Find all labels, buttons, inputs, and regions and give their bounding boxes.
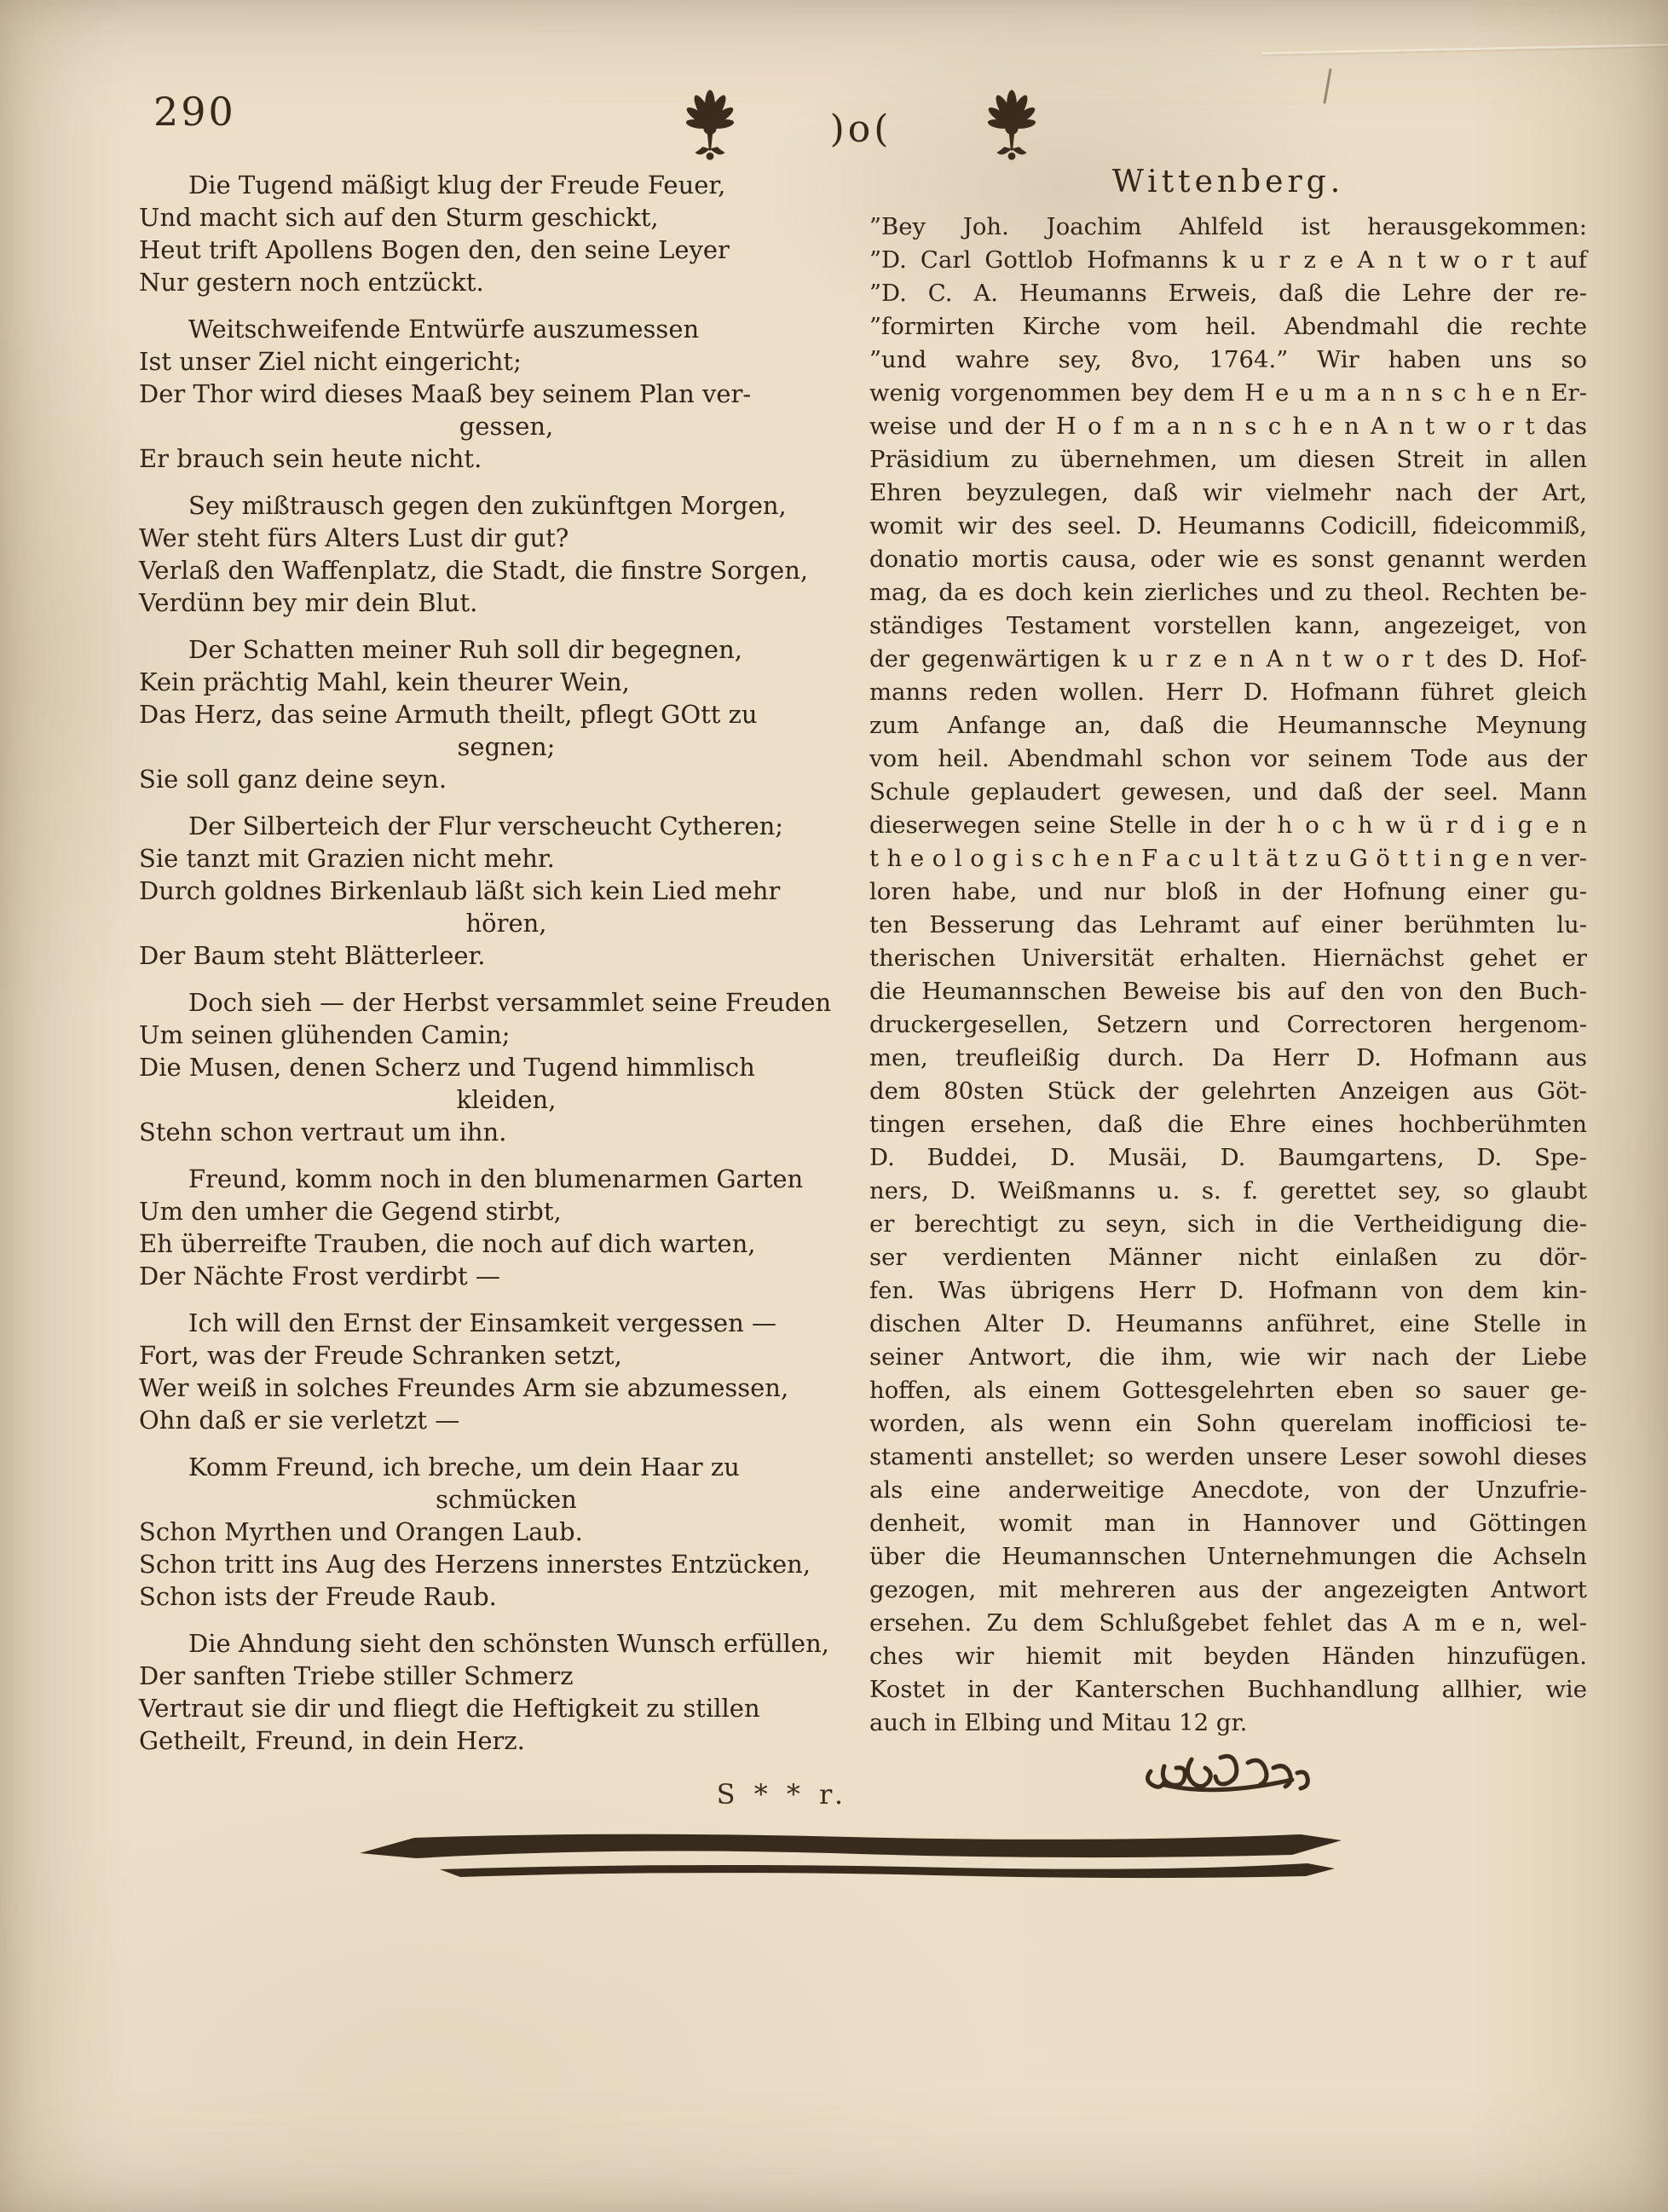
shell-ornament-left-icon <box>682 85 738 164</box>
poem-line: Sie soll ganz deine seyn. <box>139 763 874 795</box>
poem-line: Wer weiß in solches Freundes Arm sie abz… <box>139 1372 874 1404</box>
poem-line: Schon tritt ins Aug des Herzens innerste… <box>139 1548 874 1580</box>
poem-line: Freund, komm noch in den blumenarmen Gar… <box>139 1163 874 1195</box>
poem-line: Der Schatten meiner Ruh soll dir begegne… <box>139 633 874 666</box>
article-line: fen. Was übrigens Herr D. Hofmann von de… <box>869 1274 1587 1308</box>
header-separator: )o( <box>830 111 892 148</box>
article-line: donatio mortis causa, oder wie es sonst … <box>869 543 1587 576</box>
article-line: stamenti anstellet; so werden unsere Les… <box>869 1441 1587 1474</box>
article-line: men, treufleißig durch. Da Herr D. Hofma… <box>869 1042 1587 1075</box>
article-line: tingen ersehen, daß die Ehre eines hochb… <box>869 1108 1587 1141</box>
poem-line: Ohn daß er sie verletzt — <box>139 1404 874 1436</box>
article-line: vom heil. Abendmahl schon vor seinem Tod… <box>869 742 1587 776</box>
poem-line: Verlaß den Waffenplatz, die Stadt, die f… <box>139 554 874 586</box>
article-line: zum Anfange an, daß die Heumannsche Meyn… <box>869 709 1587 742</box>
poem-line: Um den umher die Gegend stirbt, <box>139 1195 874 1227</box>
poem-line: Das Herz, das seine Armuth theilt, pfleg… <box>139 698 874 731</box>
article-line: ”formirten Kirche vom heil. Abendmahl di… <box>869 310 1587 344</box>
article-line: ten Besserung das Lehramt auf einer berü… <box>869 909 1587 942</box>
scanned-book-page: 290 )o( <box>0 0 1668 2212</box>
article-line: Ehren beyzulegen, daß wir vielmehr nach … <box>869 476 1587 510</box>
article-line: weise und der H o f m a n n s c h e n A … <box>869 410 1587 443</box>
poem-line: Die Tugend mäßigt klug der Freude Feuer, <box>139 169 874 201</box>
poem-line: schmücken <box>139 1483 874 1516</box>
paper-crease <box>1261 43 1668 55</box>
article-line: ”D. C. A. Heumanns Erweis, daß die Lehre… <box>869 277 1587 310</box>
poem-line: Sie tanzt mit Grazien nicht mehr. <box>139 842 874 875</box>
article-column: Wittenberg. ”Bey Joh. Joachim Ahlfeld is… <box>869 165 1587 1740</box>
poem-signature: S * * r. <box>139 1778 874 1811</box>
article-heading: Wittenberg. <box>869 165 1587 199</box>
header-ornaments: )o( <box>682 82 1040 167</box>
poem-line: Der Baum steht Blätterleer. <box>139 939 874 972</box>
poem-line: Ich will den Ernst der Einsamkeit verges… <box>139 1307 874 1339</box>
article-line: der gegenwärtigen k u r z e n A n t w o … <box>869 643 1587 676</box>
poem-line: Weitschweifende Entwürfe auszumessen <box>139 313 874 345</box>
poem-line: Der Nächte Frost verdirbt — <box>139 1260 874 1292</box>
poem-line: Komm Freund, ich breche, um dein Haar zu <box>139 1451 874 1483</box>
article-line: als eine anderweitige Anecdote, von der … <box>869 1474 1587 1507</box>
article-line: worden, als wenn ein Sohn querelam inoff… <box>869 1407 1587 1441</box>
scroll-tailpiece-icon <box>1139 1747 1318 1804</box>
poem-line: segnen; <box>139 731 874 763</box>
poem-line: Fort, was der Freude Schranken setzt, <box>139 1339 874 1372</box>
poem-line: Vertraut sie dir und fliegt die Heftigke… <box>139 1692 874 1724</box>
poem-line: Schon ists der Freude Raub. <box>139 1580 874 1613</box>
article-line: hoffen, als einem Gottesgelehrten eben s… <box>869 1374 1587 1407</box>
poem-line: Kein prächtig Mahl, kein theurer Wein, <box>139 666 874 698</box>
poem-line: Die Ahndung sieht den schönsten Wunsch e… <box>139 1627 874 1660</box>
article-line: gezogen, mit mehreren aus der angezeigte… <box>869 1574 1587 1607</box>
poem-line: Nur gestern noch entzückt. <box>139 266 874 298</box>
article-line: ständiges Testament vorstellen kann, ang… <box>869 609 1587 643</box>
article-line: druckergesellen, Setzern und Correctoren… <box>869 1008 1587 1042</box>
article-line: seiner Antwort, die ihm, wie wir nach de… <box>869 1341 1587 1374</box>
swelled-rule <box>355 1829 1352 1884</box>
poem-line: Und macht sich auf den Sturm geschickt, <box>139 201 874 234</box>
poem-line: Heut trift Apollens Bogen den, den seine… <box>139 234 874 266</box>
poem-line: kleiden, <box>139 1083 874 1116</box>
article-line: ”und wahre sey, 8vo, 1764.” Wir haben un… <box>869 344 1587 377</box>
article-line: dem 80sten Stück der gelehrten Anzeigen … <box>869 1075 1587 1108</box>
article-line: Präsidium zu übernehmen, um diesen Strei… <box>869 443 1587 476</box>
article-line: wenig vorgenommen bey dem H e u m a n n … <box>869 377 1587 410</box>
article-line: therischen Universität erhalten. Hiernäc… <box>869 942 1587 975</box>
article-line: D. Buddei, D. Musäi, D. Baumgartens, D. … <box>869 1141 1587 1175</box>
poem-line: Wer steht fürs Alters Lust dir gut? <box>139 522 874 554</box>
poem-line: Getheilt, Freund, in dein Herz. <box>139 1724 874 1757</box>
article-line: loren habe, und nur bloß in der Hofnung … <box>869 875 1587 909</box>
poem-line: Eh überreifte Trauben, die noch auf dich… <box>139 1227 874 1260</box>
poem-column: Die Tugend mäßigt klug der Freude Feuer,… <box>139 169 874 1757</box>
article-line: ersehen. Zu dem Schlußgebet fehlet das A… <box>869 1607 1587 1640</box>
poem-line: Die Musen, denen Scherz und Tugend himml… <box>139 1051 874 1083</box>
article-line: dischen Alter D. Heumanns anführet, eine… <box>869 1308 1587 1341</box>
poem-line: Der Silberteich der Flur verscheucht Cyt… <box>139 810 874 842</box>
article-line: ners, D. Weißmanns u. s. f. gerettet sey… <box>869 1175 1587 1208</box>
article-line: ser verdienten Männer nicht einlaßen zu … <box>869 1241 1587 1274</box>
tailpiece-container <box>869 1747 1587 1807</box>
poem-line: Ist unser Ziel nicht eingericht; <box>139 345 874 378</box>
poem-line: Stehn schon vertraut um ihn. <box>139 1116 874 1148</box>
article-line: auch in Elbing und Mitau 12 gr. <box>869 1707 1587 1740</box>
poem-line: Er brauch sein heute nicht. <box>139 442 874 475</box>
ink-stray-mark <box>1323 68 1331 104</box>
poem-line: Schon Myrthen und Orangen Laub. <box>139 1516 874 1548</box>
poem-line: Sey mißtrausch gegen den zukünftgen Morg… <box>139 489 874 522</box>
article-line: manns reden wollen. Herr D. Hofmann führ… <box>869 676 1587 709</box>
poem-line: Doch sieh — der Herbst versammlet seine … <box>139 986 874 1019</box>
shell-ornament-right-icon <box>984 85 1040 164</box>
poem-line: Der sanften Triebe stiller Schmerz <box>139 1660 874 1692</box>
article-line: dieserwegen seine Stelle in der h o c h … <box>869 809 1587 842</box>
article-body: ”Bey Joh. Joachim Ahlfeld ist herausgeko… <box>869 211 1587 1740</box>
poem-line: gessen, <box>139 410 874 442</box>
article-line: die Heumannschen Beweise bis auf den von… <box>869 975 1587 1008</box>
poem-line: Durch goldnes Birkenlaub läßt sich kein … <box>139 875 874 907</box>
article-line: womit wir des seel. D. Heumanns Codicill… <box>869 510 1587 543</box>
article-line: ”D. Carl Gottlob Hofmanns k u r z e A n … <box>869 244 1587 277</box>
poem-line: Der Thor wird dieses Maaß bey seinem Pla… <box>139 378 874 410</box>
poem-line: Um seinen glühenden Camin; <box>139 1019 874 1051</box>
article-line: mag, da es doch kein zierliches und zu t… <box>869 576 1587 609</box>
article-line: er berechtigt zu seyn, sich in die Verth… <box>869 1208 1587 1241</box>
poem-line: Verdünn bey mir dein Blut. <box>139 586 874 619</box>
poem-line: hören, <box>139 907 874 939</box>
article-line: t h e o l o g i s c h e n F a c u l t ä … <box>869 842 1587 875</box>
article-line: ches wir hiemit mit beyden Händen hinzuf… <box>869 1640 1587 1673</box>
article-line: ”Bey Joh. Joachim Ahlfeld ist herausgeko… <box>869 211 1587 244</box>
article-line: Schule geplaudert gewesen, und daß der s… <box>869 776 1587 809</box>
article-line: denheit, womit man in Hannover und Götti… <box>869 1507 1587 1540</box>
article-line: über die Heumannschen Unternehmungen die… <box>869 1540 1587 1574</box>
page-number: 290 <box>153 89 236 135</box>
article-line: Kostet in der Kanterschen Buchhandlung a… <box>869 1673 1587 1707</box>
